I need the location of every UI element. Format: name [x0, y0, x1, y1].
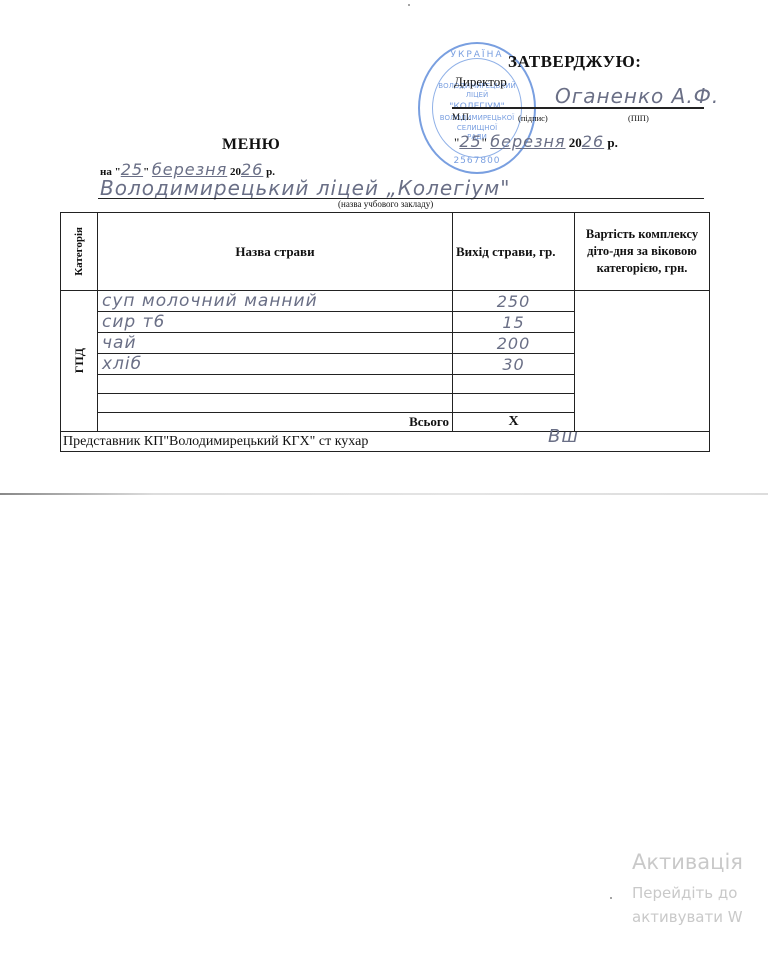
approval-date-year: 26 [582, 132, 604, 151]
dish-cell [98, 394, 453, 413]
output-cell [453, 375, 575, 394]
menu-table: Категорія Назва страви Вихід страви, гр.… [60, 212, 710, 452]
output-cell: 200 [453, 333, 575, 354]
stamp-line: ЛІЦЕЙ [420, 91, 534, 99]
table-row: ГПД суп молочний манний 250 [61, 291, 710, 312]
output-cell: 30 [453, 354, 575, 375]
total-label: Всього [98, 413, 453, 432]
header-category: Категорія [61, 213, 98, 291]
header-category-label: Категорія [73, 227, 85, 276]
header-cost: Вартість комплексу діто-дня за віковою к… [575, 213, 710, 291]
stamp-code: 2567800 [420, 156, 534, 166]
stamp-line: СЕЛИЩНОЇ [420, 124, 534, 132]
header-dish-name: Назва страви [98, 213, 453, 291]
stamp-line: ВОЛОДИМИРЕЦЬКОЇ [420, 114, 534, 122]
representative-cell: Представник КП"Володимирецький КГХ" ст к… [61, 432, 710, 452]
table-header-row: Категорія Назва страви Вихід страви, гр.… [61, 213, 710, 291]
dish-cell [98, 375, 453, 394]
mp-label: М.П. [452, 112, 471, 122]
scan-speck [610, 897, 612, 899]
director-label: Директор [454, 74, 507, 90]
cook-signature: Вш [548, 426, 579, 447]
header-output: Вихід страви, гр. [453, 213, 575, 291]
menu-title: МЕНЮ [222, 136, 280, 154]
signature-caption: (підпис) [518, 113, 548, 123]
dish-cell: сир т6 [98, 312, 453, 333]
watermark-line: активувати W [632, 908, 743, 926]
category-cell: ГПД [61, 291, 98, 432]
dish-cell: суп молочний манний [98, 291, 453, 312]
watermark-line: Перейдіть до [632, 884, 737, 902]
cost-cell [575, 291, 710, 432]
approval-date: "25" березня 2026 р. [454, 132, 618, 151]
director-signature-name: Оганенко А.Ф. [555, 84, 719, 108]
date-suffix: р. [607, 135, 617, 150]
output-cell: 250 [453, 291, 575, 312]
school-caption: (назва учбового закладу) [338, 199, 433, 209]
category-value: ГПД [72, 348, 87, 373]
output-cell [453, 394, 575, 413]
representative-row: Представник КП"Володимирецький КГХ" ст к… [61, 432, 710, 452]
scan-speck [408, 4, 410, 6]
page-edge-divider [0, 493, 768, 495]
approval-date-month: березня [490, 132, 565, 151]
approval-title: ЗАТВЕРДЖУЮ: [508, 52, 641, 72]
dish-cell: хліб [98, 354, 453, 375]
date-year-prefix: 20 [569, 135, 582, 150]
signature-line [452, 107, 704, 109]
dish-cell: чай [98, 333, 453, 354]
name-caption: (ПІП) [628, 113, 649, 123]
approval-date-day: 25 [459, 132, 481, 151]
output-cell: 15 [453, 312, 575, 333]
date-quote: " [482, 135, 487, 150]
watermark-title: Активація [632, 850, 743, 874]
school-name: Володимирецький ліцей „Колегіум" [100, 176, 510, 200]
